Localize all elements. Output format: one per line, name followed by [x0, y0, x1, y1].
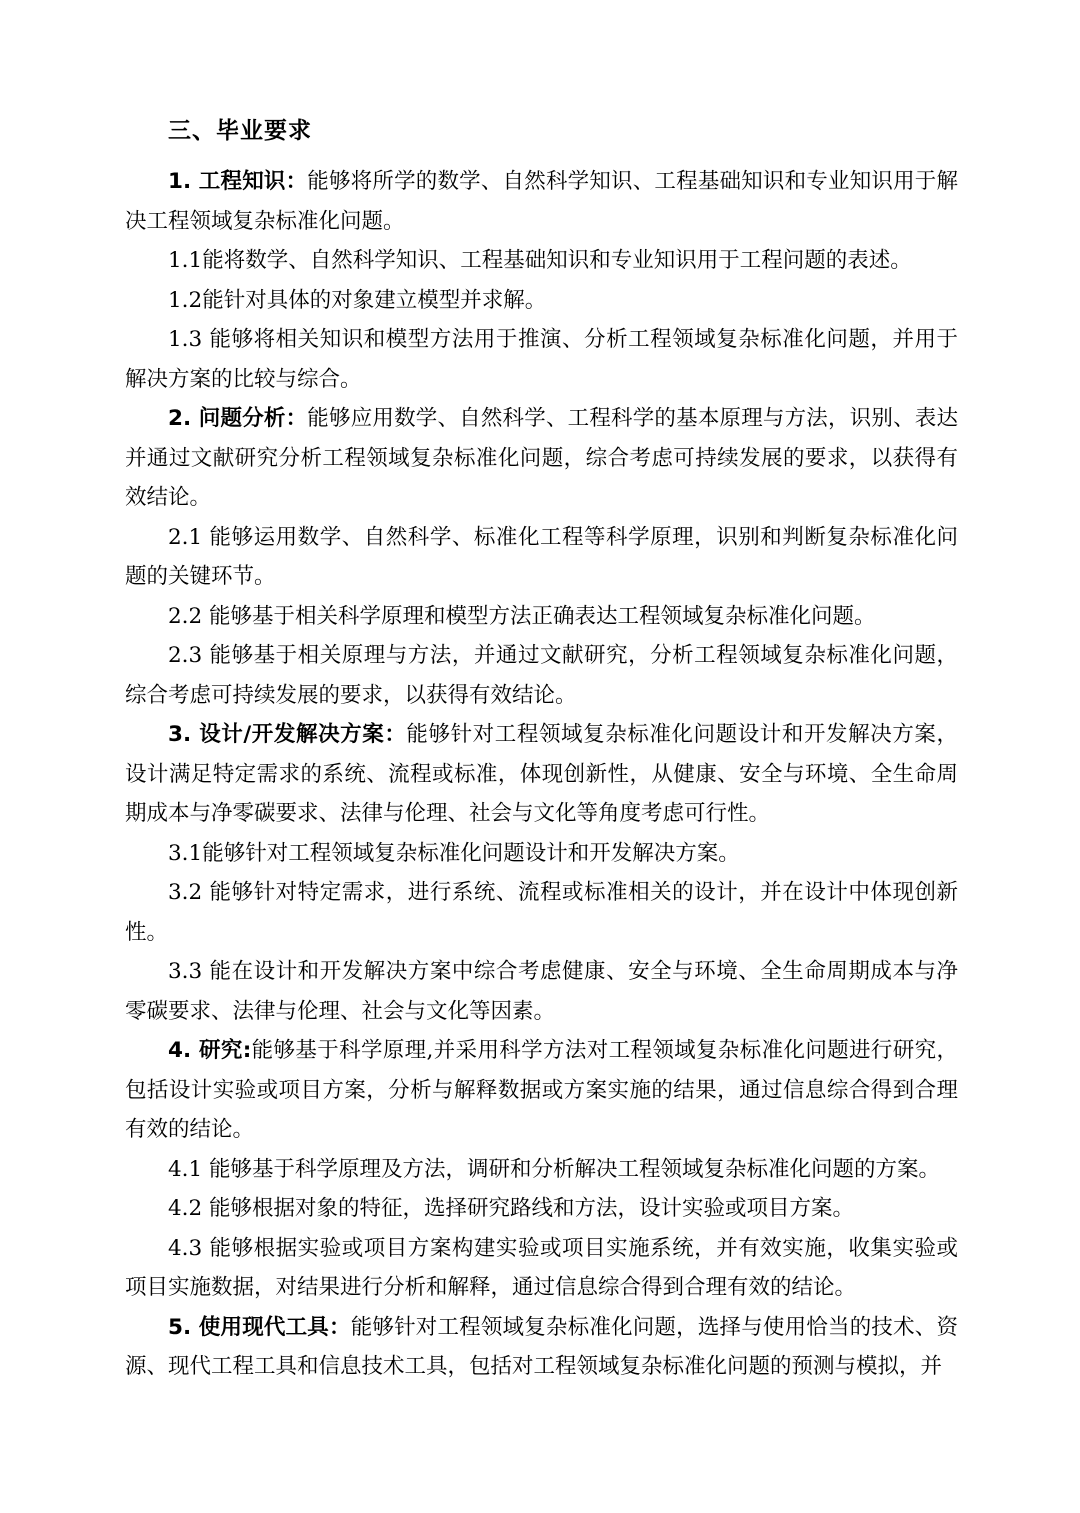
requirement-paragraph: 3.2 能够针对特定需求，进行系统、流程或标准相关的设计，并在设计中体现创新性。 — [125, 873, 958, 952]
requirement-paragraph: 3. 设计/开发解决方案：能够针对工程领域复杂标准化问题设计和开发解决方案，设计… — [125, 715, 958, 834]
requirement-paragraph: 1. 工程知识：能够将所学的数学、自然科学知识、工程基础知识和专业知识用于解决工… — [125, 162, 958, 241]
requirement-text: 3.1能够针对工程领域复杂标准化问题设计和开发解决方案。 — [168, 841, 740, 866]
requirement-paragraph: 5. 使用现代工具：能够针对工程领域复杂标准化问题，选择与使用恰当的技术、资源、… — [125, 1308, 958, 1387]
requirement-text: 2.3 能够基于相关原理与方法，并通过文献研究，分析工程领域复杂标准化问题，综合… — [125, 643, 958, 708]
requirement-text: 4.1 能够基于科学原理及方法，调研和分析解决工程领域复杂标准化问题的方案。 — [168, 1157, 940, 1182]
requirement-paragraph: 2.3 能够基于相关原理与方法，并通过文献研究，分析工程领域复杂标准化问题，综合… — [125, 636, 958, 715]
requirement-paragraph: 1.1能将数学、自然科学知识、工程基础知识和专业知识用于工程问题的表述。 — [125, 241, 958, 281]
requirement-paragraph: 3.1能够针对工程领域复杂标准化问题设计和开发解决方案。 — [125, 834, 958, 874]
requirement-text: 4.2 能够根据对象的特征，选择研究路线和方法，设计实验或项目方案。 — [168, 1196, 854, 1221]
requirement-text: 1.3 能够将相关知识和模型方法用于推演、分析工程领域复杂标准化问题，并用于解决… — [125, 327, 958, 392]
requirement-paragraph: 1.3 能够将相关知识和模型方法用于推演、分析工程领域复杂标准化问题，并用于解决… — [125, 320, 958, 399]
requirement-lead: 5. 使用现代工具： — [168, 1315, 351, 1340]
requirement-text: 3.3 能在设计和开发解决方案中综合考虑健康、安全与环境、全生命周期成本与净零碳… — [125, 959, 958, 1024]
requirement-text: 2.1 能够运用数学、自然科学、标准化工程等科学原理，识别和判断复杂标准化问题的… — [125, 525, 958, 590]
requirement-paragraph: 4. 研究:能够基于科学原理,并采用科学方法对工程领域复杂标准化问题进行研究，包… — [125, 1031, 958, 1150]
requirement-paragraph: 2.1 能够运用数学、自然科学、标准化工程等科学原理，识别和判断复杂标准化问题的… — [125, 518, 958, 597]
requirement-text: 4.3 能够根据实验或项目方案构建实验或项目实施系统，并有效实施，收集实验或项目… — [125, 1236, 958, 1301]
requirement-text: 2.2 能够基于相关科学原理和模型方法正确表达工程领域复杂标准化问题。 — [168, 604, 876, 629]
requirement-paragraph: 4.2 能够根据对象的特征，选择研究路线和方法，设计实验或项目方案。 — [125, 1189, 958, 1229]
requirement-paragraph: 1.2能针对具体的对象建立模型并求解。 — [125, 281, 958, 321]
requirement-paragraph: 4.1 能够基于科学原理及方法，调研和分析解决工程领域复杂标准化问题的方案。 — [125, 1150, 958, 1190]
requirement-text: 1.1能将数学、自然科学知识、工程基础知识和专业知识用于工程问题的表述。 — [168, 248, 912, 273]
requirement-paragraph: 4.3 能够根据实验或项目方案构建实验或项目实施系统，并有效实施，收集实验或项目… — [125, 1229, 958, 1308]
requirement-lead: 1. 工程知识： — [168, 169, 307, 194]
requirement-lead: 3. 设计/开发解决方案： — [168, 722, 406, 747]
section-heading: 三、毕业要求 — [168, 118, 958, 144]
requirement-lead: 4. 研究: — [168, 1038, 251, 1063]
requirement-paragraph: 2.2 能够基于相关科学原理和模型方法正确表达工程领域复杂标准化问题。 — [125, 597, 958, 637]
requirement-paragraph: 3.3 能在设计和开发解决方案中综合考虑健康、安全与环境、全生命周期成本与净零碳… — [125, 952, 958, 1031]
requirement-text: 1.2能针对具体的对象建立模型并求解。 — [168, 288, 546, 313]
requirement-lead: 2. 问题分析： — [168, 406, 307, 431]
requirement-paragraph: 2. 问题分析：能够应用数学、自然科学、工程科学的基本原理与方法，识别、表达并通… — [125, 399, 958, 518]
requirement-text: 3.2 能够针对特定需求，进行系统、流程或标准相关的设计，并在设计中体现创新性。 — [125, 880, 958, 945]
document-page: 三、毕业要求 1. 工程知识：能够将所学的数学、自然科学知识、工程基础知识和专业… — [0, 0, 1080, 1513]
